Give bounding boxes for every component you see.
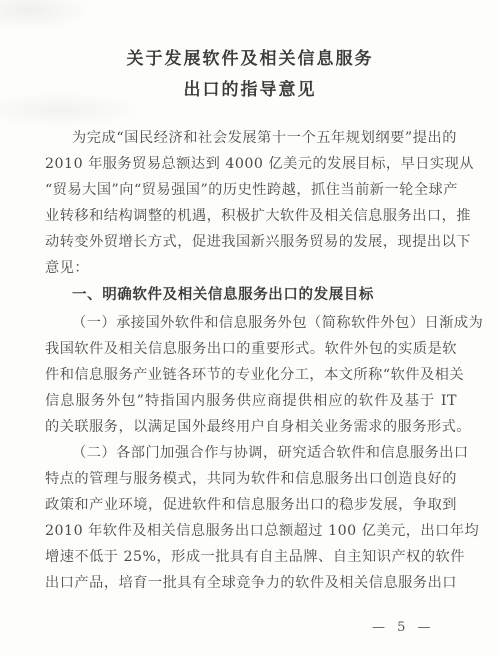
paragraph-line: 意见： (45, 255, 457, 281)
paragraph-line: 动转变外贸增长方式，促进我国新兴服务贸易的发展，现提出以下 (45, 229, 457, 255)
paragraph-line: “贸易大国”向“贸易强国”的历史性跨越，抓住当前新一轮全球产 (45, 177, 457, 203)
section-heading: 一、明确软件及相关信息服务出口的发展目标 (72, 282, 374, 308)
paragraph-line: 增速不低于 25%，形成一批具有自主品牌、自主知识产权的软件 (45, 544, 457, 570)
paragraph-line: 2010 年软件及相关信息服务出口总额超过 100 亿美元，出口年均 (45, 518, 457, 544)
paragraph-line: 信息服务外包”特指国内服务供应商提供相应的软件及基于 IT (45, 388, 457, 414)
document-title-line-2: 出口的指导意见 (0, 75, 500, 100)
paragraph-line: （二）各部门加强合作与协调，研究适合软件和信息服务出口 (72, 440, 457, 466)
paragraph-line: 业转移和结构调整的机遇，积极扩大软件及相关信息服务出口，推 (45, 203, 457, 229)
paragraph-line: 的关联服务，以满足国外最终用户自身相关业务需求的服务形式。 (45, 414, 457, 440)
paragraph-line: 特点的管理与服务模式，共同为软件和信息服务出口创造良好的 (45, 466, 457, 492)
paragraph-line: 我国软件及相关信息服务出口的重要形式。软件外包的实质是软 (45, 336, 457, 362)
paragraph-line: 出口产品，培育一批具有全球竞争力的软件及相关信息服务出口 (45, 570, 457, 596)
paragraph-line: 为完成“国民经济和社会发展第十一个五年规划纲要”提出的 (72, 125, 457, 151)
page-number: — 5 — (372, 620, 435, 635)
paragraph-line: 件和信息服务产业链各环节的专业化分工，本文所称“软件及相关 (45, 362, 457, 388)
paragraph-line: （一）承接国外软件和信息服务外包（简称软件外包）日渐成为 (72, 310, 457, 336)
document-title-line-1: 关于发展软件及相关信息服务 (0, 44, 500, 69)
paragraph-line: 2010 年服务贸易总额达到 4000 亿美元的发展目标，早日实现从 (45, 151, 457, 177)
paragraph-line: 政策和产业环境，促进软件和信息服务出口的稳步发展，争取到 (45, 492, 457, 518)
